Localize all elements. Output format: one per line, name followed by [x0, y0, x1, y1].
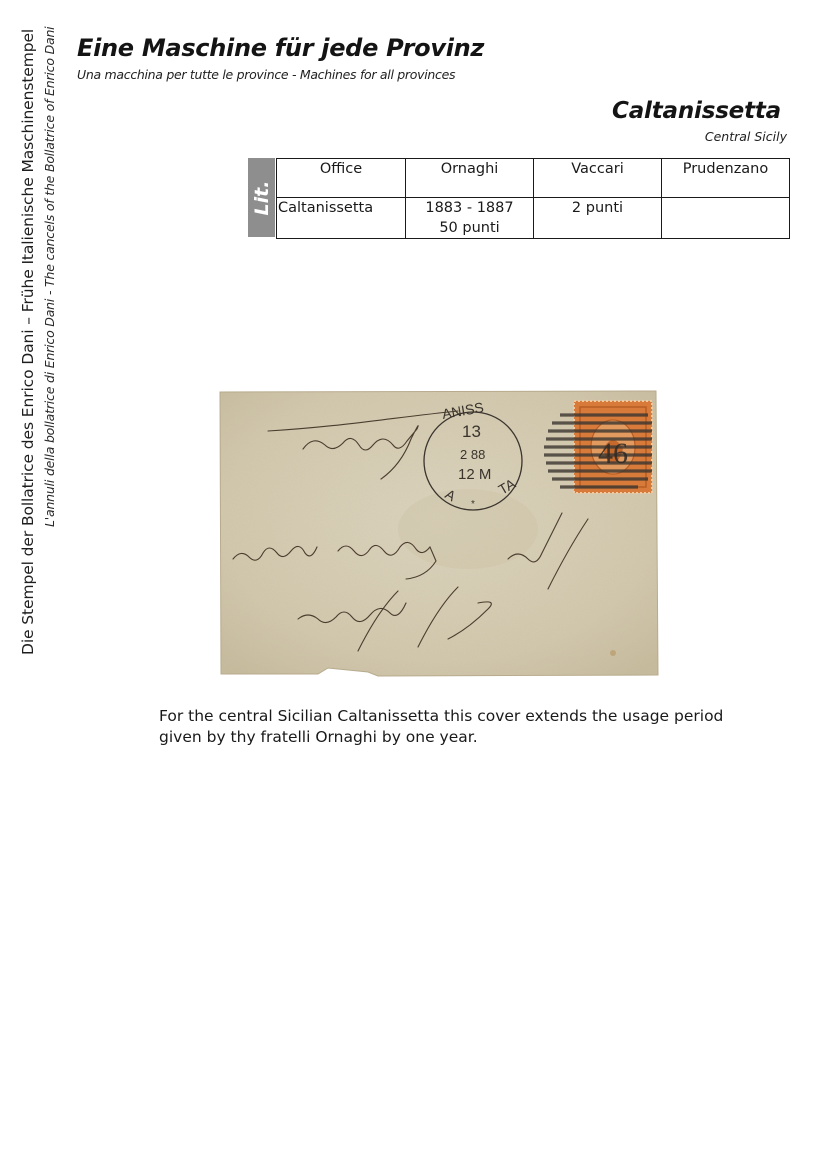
header-ornaghi: Ornaghi — [406, 159, 534, 198]
header-office: Office — [277, 159, 406, 198]
svg-text:13: 13 — [462, 422, 481, 441]
cell-prudenzano — [662, 198, 790, 239]
side-subtitle: L'annuli della bollatrice di Enrico Dani… — [42, 27, 57, 527]
svg-text:46: 46 — [598, 437, 628, 470]
cell-vaccari: 2 punti — [534, 198, 662, 239]
header-prudenzano: Prudenzano — [662, 159, 790, 198]
header-vaccari: Vaccari — [534, 159, 662, 198]
region-title: Caltanissetta — [612, 98, 781, 124]
cover-image: 46 13 2 88 12 M * ANISS A TA — [218, 389, 660, 678]
svg-text:12 M: 12 M — [458, 466, 491, 483]
ornaghi-period: 1883 - 1887 — [406, 198, 533, 218]
cell-ornaghi: 1883 - 1887 50 punti — [406, 198, 534, 239]
caption-text: For the central Sicilian Caltanissetta t… — [159, 706, 739, 748]
table-header-row: Office Ornaghi Vaccari Prudenzano — [277, 159, 790, 198]
region-subtitle: Central Sicily — [705, 129, 787, 144]
page-subtitle: Una macchina per tutte le province - Mac… — [77, 67, 455, 82]
cell-office: Caltanissetta — [277, 198, 406, 239]
svg-text:2 88: 2 88 — [460, 447, 485, 462]
page-title: Eine Maschine für jede Provinz — [77, 34, 484, 62]
side-title: Die Stempel der Bollatrice des Enrico Da… — [19, 29, 37, 655]
lit-label-text: Lit. — [251, 180, 273, 215]
office-table: Office Ornaghi Vaccari Prudenzano Caltan… — [276, 158, 790, 239]
lit-side-label: Lit. — [248, 158, 275, 237]
ornaghi-points: 50 punti — [406, 218, 533, 238]
table-row: Caltanissetta 1883 - 1887 50 punti 2 pun… — [277, 198, 790, 239]
svg-text:*: * — [471, 499, 475, 510]
